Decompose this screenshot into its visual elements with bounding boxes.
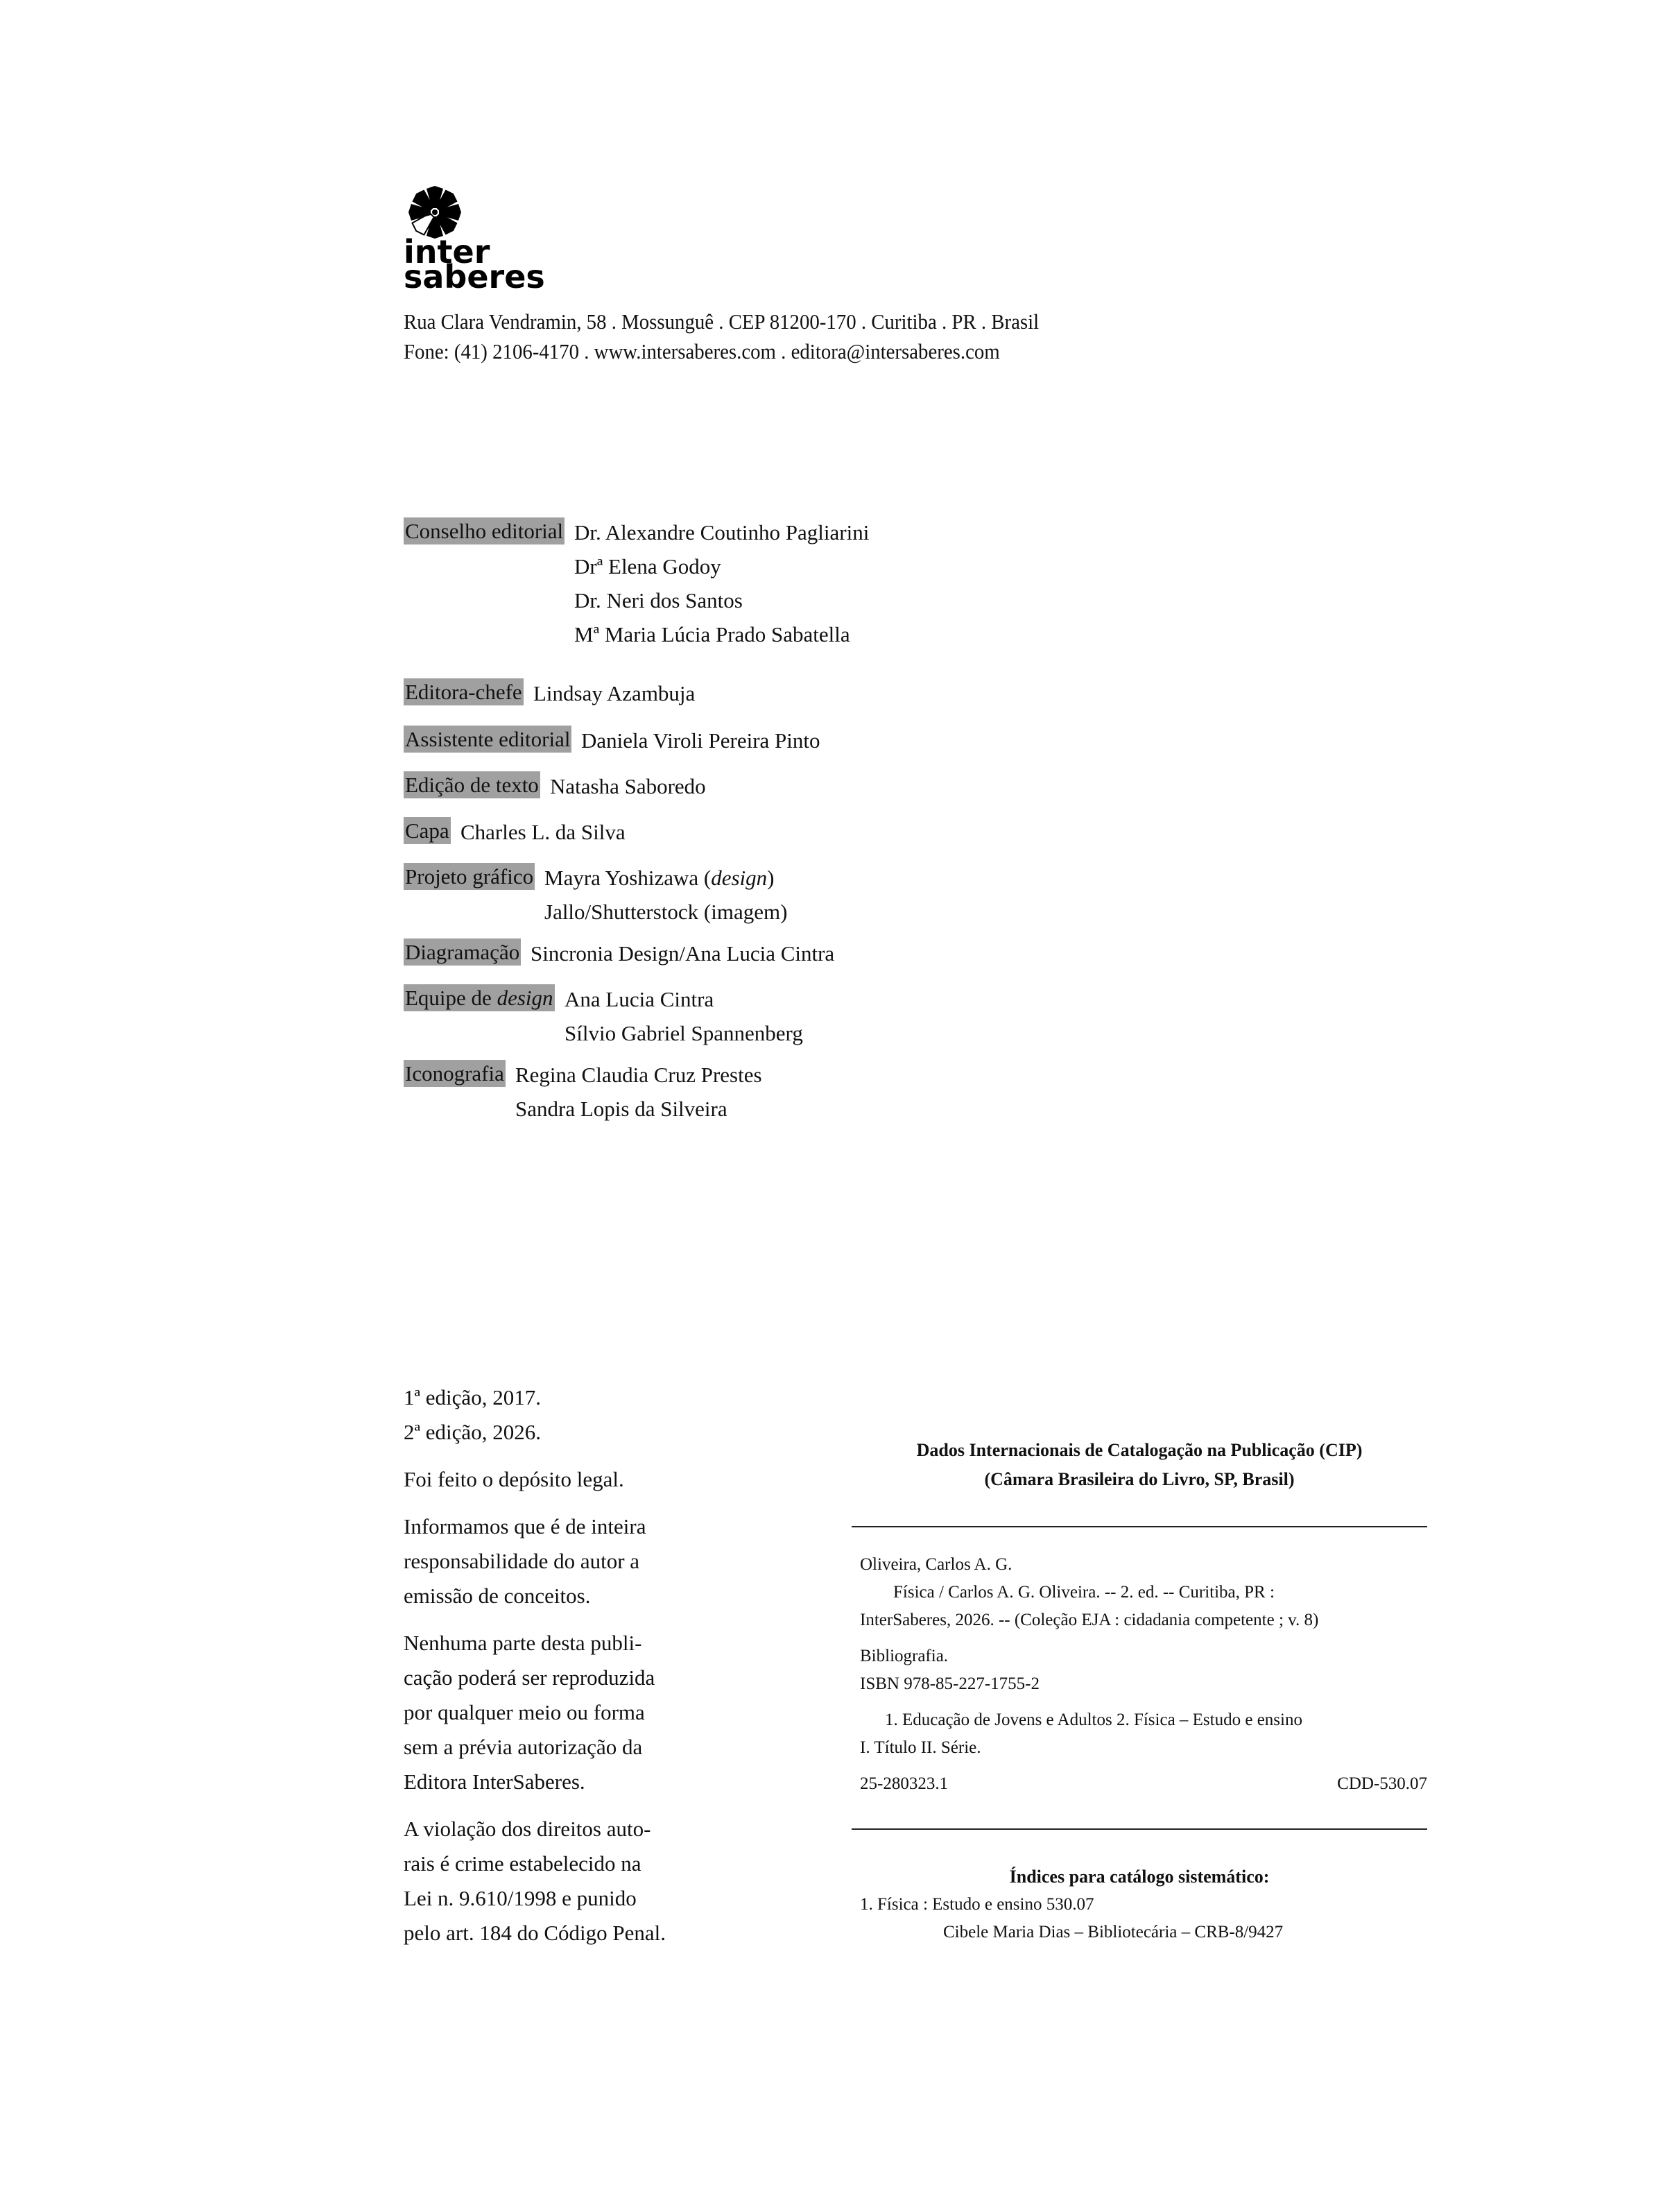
credit-name: Dr. Neri dos Santos [574, 587, 869, 621]
credit-name: Dr. Alexandre Coutinho Pagliarini [574, 519, 869, 553]
legal-deposit: Foi feito o depósito legal. [404, 1462, 709, 1497]
credit-name: Ana Lucia Cintra [565, 986, 803, 1020]
credit-names: Dr. Alexandre Coutinho PagliariniDrª Ele… [574, 519, 869, 655]
credit-names: Daniela Viroli Pereira Pinto [581, 727, 820, 761]
credit-names: Natasha Saboredo [550, 773, 706, 807]
credit-name: Jallo/Shutterstock (imagem) [544, 898, 787, 932]
credit-role-label: Capa [404, 817, 451, 844]
credit-role-label: Editora-chefe [404, 678, 524, 705]
cip-classification-row: 25-280323.1 CDD-530.07 [860, 1770, 1427, 1798]
edition-second: 2ª edição, 2026. [404, 1415, 709, 1450]
cip-isbn: ISBN 978-85-227-1755-2 [860, 1670, 1427, 1698]
cip-bottom-rule [852, 1828, 1427, 1830]
credit-role-label: Diagramação [404, 938, 521, 966]
credit-row: Edição de textoNatasha Saboredo [404, 773, 540, 798]
credit-role-label: Iconografia [404, 1060, 506, 1087]
cip-entry-line1: Física / Carlos A. G. Oliveira. -- 2. ed… [860, 1579, 1427, 1606]
credit-role-label: Edição de texto [404, 771, 540, 798]
cip-entry-line2: InterSaberes, 2026. -- (Coleção EJA : ci… [860, 1606, 1427, 1634]
credit-names: Mayra Yoshizawa (design)Jallo/Shuttersto… [544, 864, 787, 932]
credit-role-label: Equipe de design [404, 984, 555, 1011]
cip-index-title: Índices para catálogo sistemático: [852, 1863, 1427, 1891]
credit-row: DiagramaçãoSincronia Design/Ana Lucia Ci… [404, 940, 521, 965]
cip-subjects-line1: 1. Educação de Jovens e Adultos 2. Físic… [860, 1706, 1427, 1734]
cip-subtitle: (Câmara Brasileira do Livro, SP, Brasil) [852, 1465, 1427, 1494]
cip-subjects-line2: I. Título II. Série. [860, 1734, 1427, 1762]
credit-name: Lindsay Azambuja [533, 680, 695, 714]
cip-control-number: 25-280323.1 [860, 1770, 948, 1798]
cip-body: Oliveira, Carlos A. G. Física / Carlos A… [852, 1551, 1427, 1798]
cip-index-entry: 1. Física : Estudo e ensino 530.07 [852, 1891, 1427, 1919]
credit-role-label: Conselho editorial [404, 517, 565, 545]
credit-row: Equipe de designAna Lucia CintraSílvio G… [404, 986, 555, 1011]
publisher-contact: Fone: (41) 2106-4170 . www.intersaberes.… [404, 336, 1039, 366]
logo-word-saberes: saberes [404, 261, 545, 293]
responsibility-notice: Informamos que é de inteira responsabili… [404, 1509, 709, 1613]
credit-name: Sandra Lopis da Silveira [515, 1095, 762, 1129]
publisher-logo: inter saberes [404, 186, 542, 290]
cip-author: Oliveira, Carlos A. G. [860, 1551, 1427, 1579]
cip-title: Dados Internacionais de Catalogação na P… [852, 1436, 1427, 1465]
credit-names: Sincronia Design/Ana Lucia Cintra [531, 940, 834, 974]
credit-row: Assistente editorialDaniela Viroli Perei… [404, 727, 571, 752]
credit-name: Natasha Saboredo [550, 773, 706, 807]
credit-name: Drª Elena Godoy [574, 553, 869, 587]
credit-name: Mª Maria Lúcia Prado Sabatella [574, 621, 869, 655]
credit-row: IconografiaRegina Claudia Cruz PrestesSa… [404, 1061, 506, 1086]
cip-bibliography: Bibliografia. [860, 1643, 1427, 1670]
credit-name: Mayra Yoshizawa (design) [544, 864, 787, 898]
edition-first: 1ª edição, 2017. [404, 1380, 709, 1415]
credit-name: Daniela Viroli Pereira Pinto [581, 727, 820, 761]
credit-name: Sílvio Gabriel Spannenberg [565, 1020, 803, 1054]
cip-cdd: CDD-530.07 [1337, 1770, 1427, 1798]
credit-name: Charles L. da Silva [460, 818, 626, 852]
credit-name: Sincronia Design/Ana Lucia Cintra [531, 940, 834, 974]
credit-role-label: Assistente editorial [404, 726, 571, 753]
credit-names: Lindsay Azambuja [533, 680, 695, 714]
credit-row: Projeto gráficoMayra Yoshizawa (design)J… [404, 864, 535, 889]
credit-role-label: Projeto gráfico [404, 863, 535, 890]
publisher-address: Rua Clara Vendramin, 58 . Mossunguê . CE… [404, 307, 1039, 336]
cip-catalog-card: Dados Internacionais de Catalogação na P… [852, 1436, 1427, 1946]
legal-notices: 1ª edição, 2017. 2ª edição, 2026. Foi fe… [404, 1380, 709, 1963]
reproduction-notice: Nenhuma parte desta publi- cação poderá … [404, 1626, 709, 1799]
cip-top-rule [852, 1526, 1427, 1527]
credit-names: Ana Lucia CintraSílvio Gabriel Spannenbe… [565, 986, 803, 1054]
credit-row: Conselho editorialDr. Alexandre Coutinho… [404, 519, 565, 544]
credit-row: CapaCharles L. da Silva [404, 818, 451, 843]
credit-names: Charles L. da Silva [460, 818, 626, 852]
copyright-violation-notice: A violação dos direitos auto- rais é cri… [404, 1812, 709, 1950]
cip-librarian: Cibele Maria Dias – Bibliotecária – CRB-… [852, 1919, 1427, 1946]
credit-name: Regina Claudia Cruz Prestes [515, 1061, 762, 1095]
publisher-address-block: Rua Clara Vendramin, 58 . Mossunguê . CE… [404, 307, 1039, 366]
credit-names: Regina Claudia Cruz PrestesSandra Lopis … [515, 1061, 762, 1129]
credit-row: Editora-chefeLindsay Azambuja [404, 680, 524, 705]
